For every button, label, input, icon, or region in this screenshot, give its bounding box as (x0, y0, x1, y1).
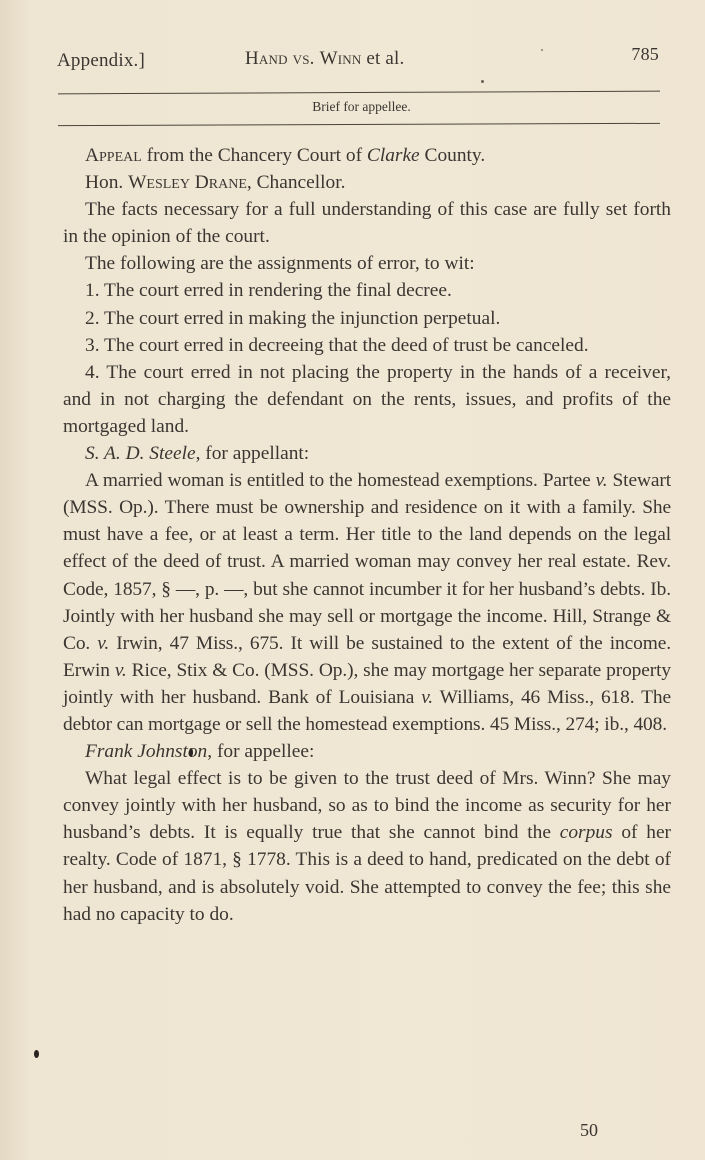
appellant-counsel: S. A. D. Steele, for appellant: (63, 440, 671, 467)
argument-text: A married woman is entitled to the homes… (85, 470, 596, 491)
header-rule-bottom (58, 123, 660, 126)
argument-text: Stewart (MSS. Op.). There must be owners… (63, 470, 671, 654)
versus-abbrev: v. (97, 633, 109, 654)
paper-speck (481, 80, 484, 83)
header-rule-top (58, 91, 660, 95)
chancellor-name: Wesley Drane (128, 172, 247, 193)
case-vs: vs. (293, 48, 315, 69)
case-party-2: Winn (320, 48, 362, 69)
book-page: Appendix.] Hand vs. Winn et al. 785 Brie… (0, 0, 705, 1160)
chancellor-suffix: , Chancellor. (247, 172, 346, 193)
appeal-text-end: County. (420, 145, 486, 166)
assignment-item: 2. The court erred in making the injunct… (63, 305, 671, 332)
ink-blot (189, 748, 193, 757)
versus-abbrev: v. (421, 687, 433, 708)
case-party-1: Hand (245, 48, 288, 69)
appeal-text: from the Chancery Court of (142, 145, 367, 166)
running-head: Appendix.] Hand vs. Winn et al. 785 (57, 44, 659, 74)
versus-abbrev: v. (596, 470, 608, 491)
appellant-argument: A married woman is entitled to the homes… (63, 467, 671, 738)
appellee-counsel-role: , for appellee: (207, 741, 314, 762)
assignments-intro: The following are the assignments of err… (63, 250, 671, 277)
assignment-item: 1. The court erred in rendering the fina… (63, 277, 671, 304)
body-text: Appeal from the Chancery Court of Clarke… (63, 142, 671, 928)
latin-term: corpus (560, 822, 613, 843)
appellee-argument: What legal effect is to be given to the … (63, 765, 671, 928)
facts-paragraph: The facts necessary for a full understan… (63, 196, 671, 250)
section-subheading: Brief for appellee. (0, 99, 705, 115)
county-name: Clarke (367, 145, 420, 166)
appeal-paragraph: Appeal from the Chancery Court of Clarke… (63, 142, 671, 169)
chancellor-prefix: Hon. (85, 172, 128, 193)
versus-abbrev: v. (115, 660, 127, 681)
assignment-item: 3. The court erred in decreeing that the… (63, 332, 671, 359)
chancellor-paragraph: Hon. Wesley Drane, Chancellor. (63, 169, 671, 196)
appellee-counsel: Frank Johnston, for appellee: (63, 738, 671, 765)
paper-speck (541, 49, 543, 51)
page-number: 785 (631, 44, 659, 65)
running-head-case-title: Hand vs. Winn et al. (245, 48, 404, 70)
signature-mark: 50 (580, 1120, 598, 1141)
assignment-item: 4. The court erred in not placing the pr… (63, 359, 671, 440)
appellant-counsel-name: S. A. D. Steele (85, 443, 196, 464)
running-head-section: Appendix.] (57, 50, 145, 72)
case-suffix: et al. (366, 48, 404, 69)
ink-blot (34, 1050, 39, 1058)
appellant-counsel-role: , for appellant: (196, 443, 310, 464)
appeal-lead: Appeal (85, 145, 142, 166)
